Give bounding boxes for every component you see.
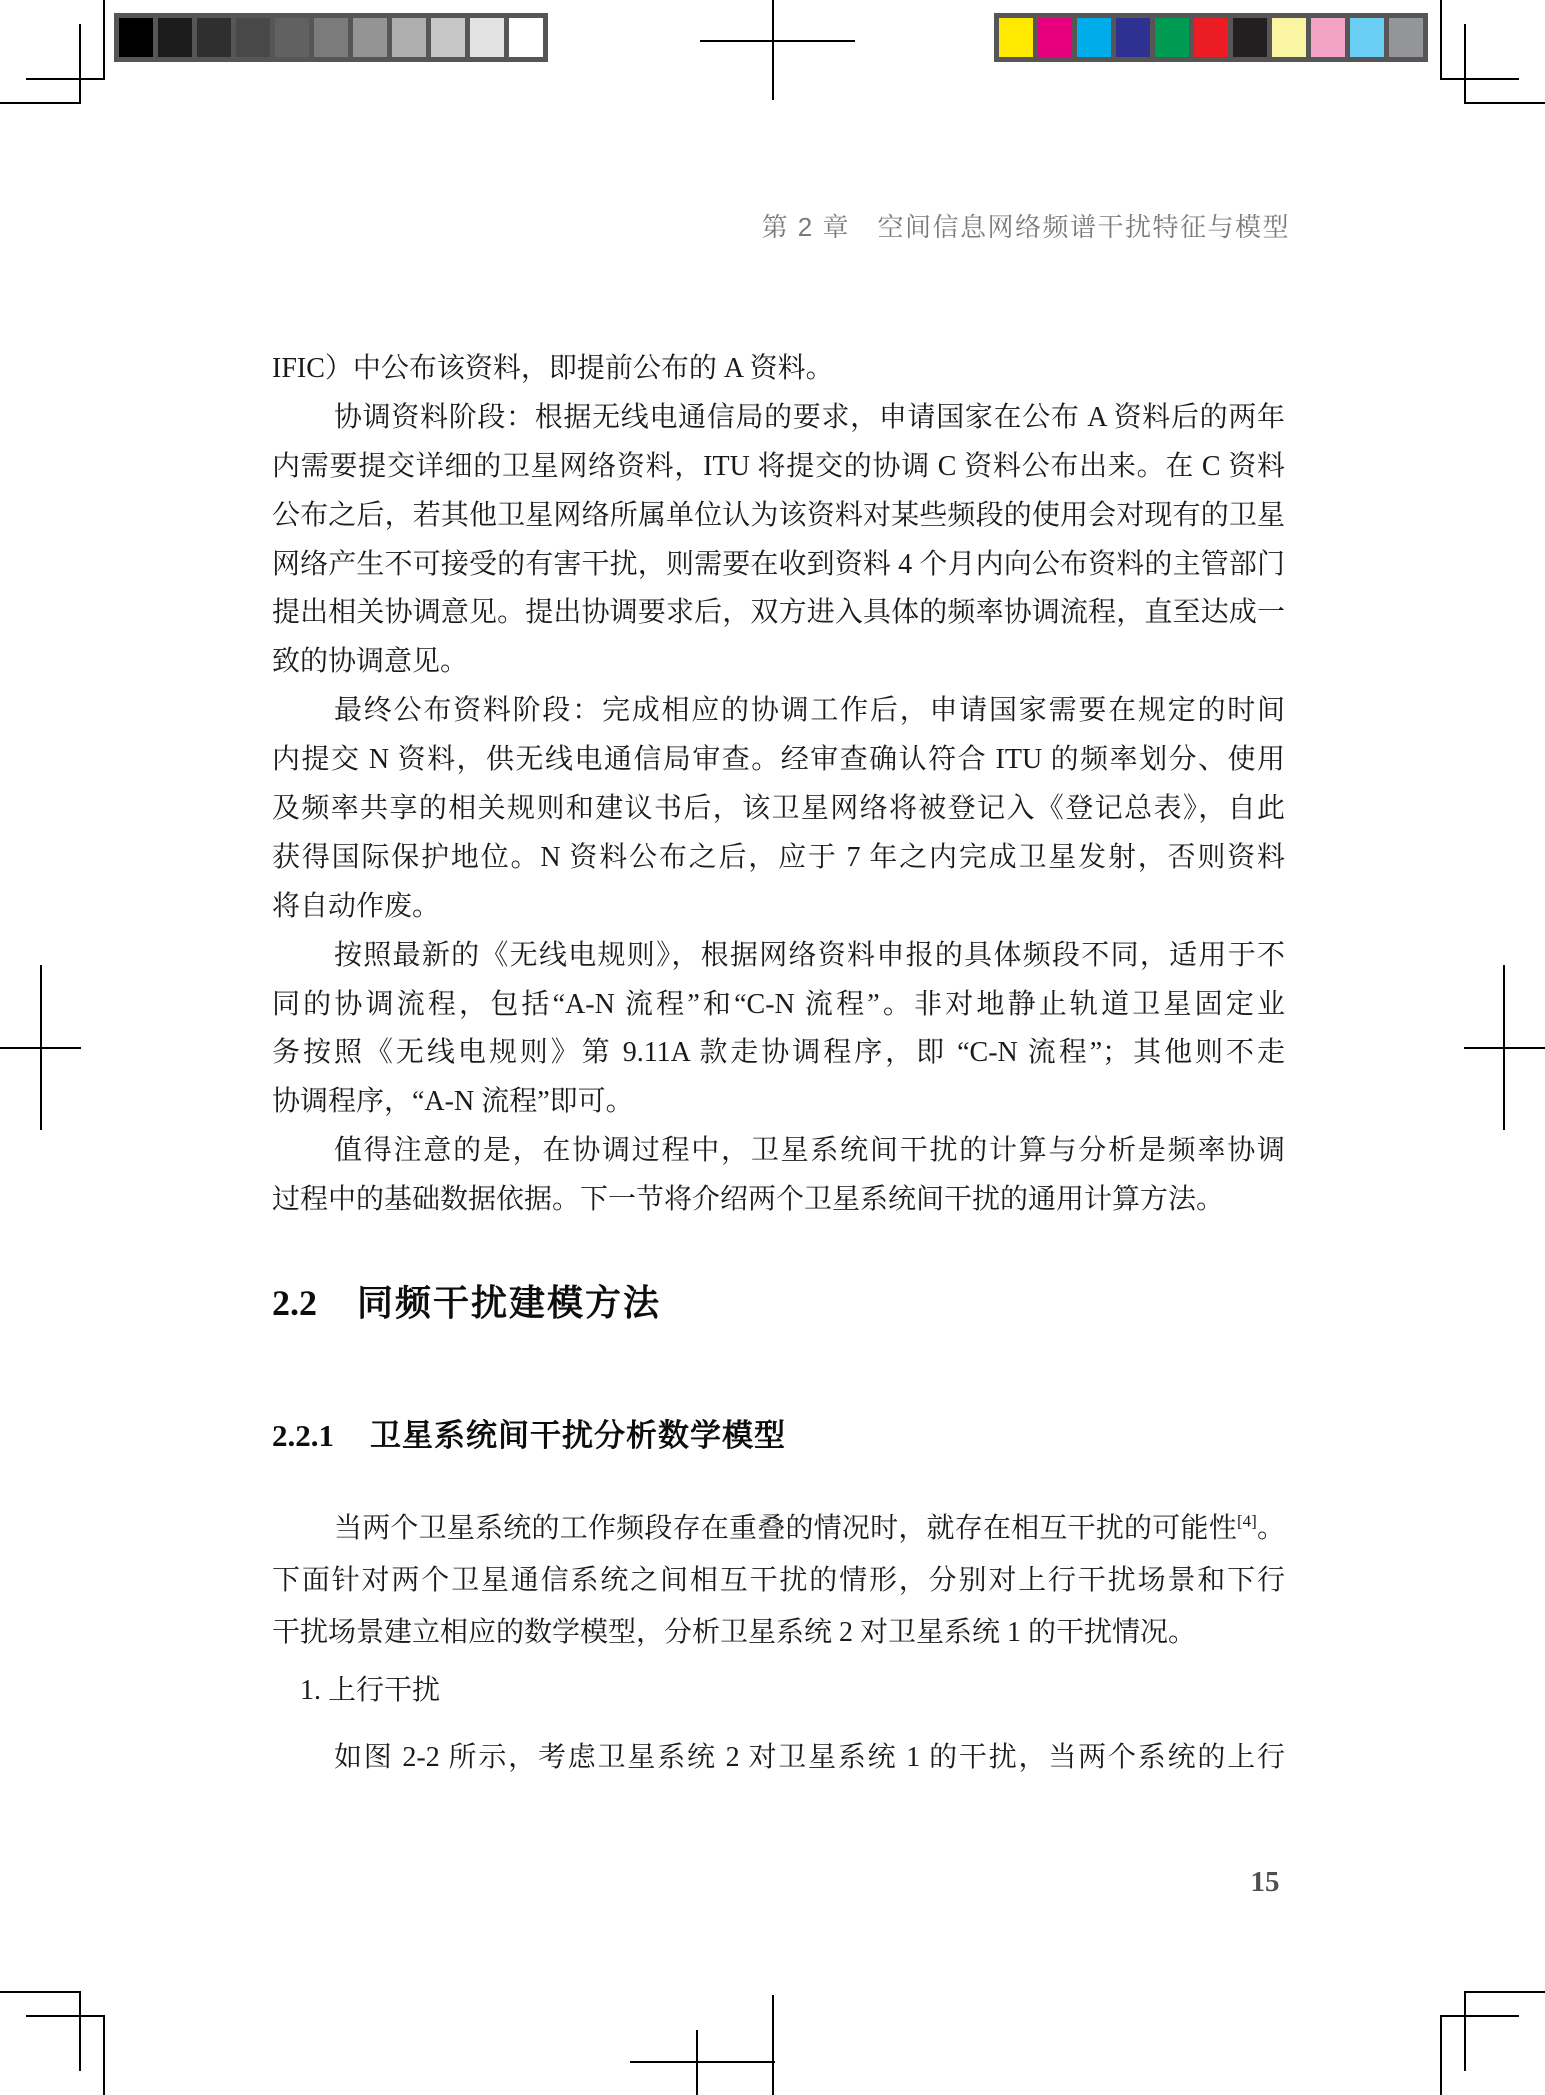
subsection-number: 2.2.1	[272, 1418, 334, 1453]
subsection-title: 卫星系统间干扰分析数学模型	[370, 1418, 786, 1453]
gray-swatch	[119, 18, 153, 57]
crop-mark-top-left-h2	[0, 102, 81, 104]
body-line: 协调资料阶段：根据无线电通信局的要求，申请国家在公布 A 资料后的两年	[272, 394, 1285, 443]
subsection-paragraph: 当两个卫星系统的工作频段存在重叠的情况时，就存在相互干扰的可能性[4]。 下面针…	[272, 1503, 1285, 1659]
page-number: 15	[1230, 1866, 1300, 1899]
crop-mark-top-right-h2	[1464, 102, 1545, 104]
crop-mark-bottom-left-h1	[26, 2015, 105, 2017]
body-line: 协调程序，“A-N 流程”即可。	[272, 1078, 1285, 1127]
color-swatch	[1272, 18, 1306, 57]
gray-swatch	[470, 18, 504, 57]
subsection-heading: 2.2.1卫星系统间干扰分析数学模型	[272, 1416, 1285, 1456]
body-line: 获得国际保护地位。N 资料公布之后，应于 7 年之内完成卫星发射，否则资料	[272, 834, 1285, 883]
body-line: 务按照《无线电规则》第 9.11A 款走协调程序，即 “C-N 流程”；其他则不…	[272, 1029, 1285, 1078]
body-text: IFIC）中公布该资料，即提前公布的 A 资料。 协调资料阶段：根据无线电通信局…	[272, 345, 1285, 1225]
crop-mark-bottom-right-v2	[1464, 1991, 1466, 2071]
book-page: 第 2 章 空间信息网络频谱干扰特征与模型 IFIC）中公布该资料，即提前公布的…	[0, 0, 1545, 2095]
color-swatch	[1233, 18, 1267, 57]
crop-mark-right-middle-h	[1464, 1047, 1545, 1049]
crop-mark-bottom-left-v1	[103, 2015, 105, 2095]
crop-mark-bottom-left-h2	[0, 1991, 81, 1993]
color-swatch	[1389, 18, 1423, 57]
gray-swatch	[158, 18, 192, 57]
crop-mark-bottom-right-h1	[1440, 2015, 1519, 2017]
crop-mark-bottom-right-v1	[1440, 2015, 1442, 2095]
body-line: 最终公布资料阶段：完成相应的协调工作后，申请国家需要在规定的时间	[272, 687, 1285, 736]
color-swatch	[1155, 18, 1189, 57]
crop-mark-top-right-h1	[1440, 78, 1519, 80]
body-line: 公布之后，若其他卫星网络所属单位认为该资料对某些频段的使用会对现有的卫星	[272, 492, 1285, 541]
color-swatch	[1311, 18, 1345, 57]
body-line: 过程中的基础数据依据。下一节将介绍两个卫星系统间干扰的通用计算方法。	[272, 1176, 1285, 1225]
body-line: 值得注意的是，在协调过程中，卫星系统间干扰的计算与分析是频率协调	[272, 1127, 1285, 1176]
crop-mark-top-right-v2	[1464, 24, 1466, 104]
color-swatch	[1350, 18, 1384, 57]
body-line: 提出相关协调意见。提出协调要求后，双方进入具体的频率协调流程，直至达成一	[272, 589, 1285, 638]
body-line: 致的协调意见。	[272, 638, 1285, 687]
list-item-uplink-interference: 1. 上行干扰	[300, 1670, 1285, 1712]
crop-mark-top-left-v1	[103, 0, 105, 80]
body-line: 内提交 N 资料，供无线电通信局审查。经审查确认符合 ITU 的频率划分、使用	[272, 736, 1285, 785]
gray-swatch	[392, 18, 426, 57]
running-header: 第 2 章 空间信息网络频谱干扰特征与模型	[272, 211, 1290, 243]
body-line: 按照最新的《无线电规则》，根据网络资料申报的具体频段不同，适用于不	[272, 932, 1285, 981]
color-swatch	[1194, 18, 1228, 57]
body-line: 将自动作废。	[272, 883, 1285, 932]
body-line-text: 。	[1257, 1513, 1285, 1544]
body-line: 下面针对两个卫星通信系统之间相互干扰的情形，分别对上行干扰场景和下行	[272, 1555, 1285, 1607]
gray-swatch	[314, 18, 348, 57]
section-heading: 2.2同频干扰建模方法	[272, 1281, 1285, 1325]
color-swatch	[1038, 18, 1072, 57]
color-calibration-bar	[994, 13, 1428, 62]
color-swatch	[1077, 18, 1111, 57]
section-title: 同频干扰建模方法	[357, 1283, 661, 1323]
crop-mark-top-left-v2	[79, 24, 81, 104]
crop-mark-top-center-h	[700, 40, 855, 42]
gray-swatch	[509, 18, 543, 57]
crop-mark-bottom-center-h	[630, 2061, 775, 2063]
body-line: 内需要提交详细的卫星网络资料，ITU 将提交的协调 C 资料公布出来。在 C 资…	[272, 443, 1285, 492]
crop-mark-top-center-v	[772, 0, 774, 100]
gray-swatch	[275, 18, 309, 57]
body-line: 如图 2-2 所示，考虑卫星系统 2 对卫星系统 1 的干扰，当两个系统的上行	[272, 1737, 1285, 1779]
crop-mark-top-right-v1	[1440, 0, 1442, 80]
color-swatch	[1116, 18, 1150, 57]
color-swatch	[999, 18, 1033, 57]
grayscale-calibration-bar	[114, 13, 548, 62]
body-line-text: 当两个卫星系统的工作频段存在重叠的情况时，就存在相互干扰的可能性	[334, 1513, 1237, 1544]
body-line: 干扰场景建立相应的数学模型，分析卫星系统 2 对卫星系统 1 的干扰情况。	[272, 1607, 1285, 1659]
body-line: 当两个卫星系统的工作频段存在重叠的情况时，就存在相互干扰的可能性[4]。	[272, 1503, 1285, 1555]
body-line: 同的协调流程，包括“A-N 流程”和“C-N 流程”。非对地静止轨道卫星固定业	[272, 981, 1285, 1030]
crop-mark-bottom-right-h2	[1464, 1991, 1545, 1993]
gray-swatch	[431, 18, 465, 57]
gray-swatch	[236, 18, 270, 57]
footnote-reference: [4]	[1237, 1512, 1257, 1531]
body-line: 网络产生不可接受的有害干扰，则需要在收到资料 4 个月内向公布资料的主管部门	[272, 541, 1285, 590]
gray-swatch	[197, 18, 231, 57]
crop-mark-left-middle-h	[0, 1047, 81, 1049]
crop-mark-bottom-center-v2	[772, 1995, 774, 2095]
gray-swatch	[353, 18, 387, 57]
body-line: IFIC）中公布该资料，即提前公布的 A 资料。	[272, 345, 1285, 394]
section-number: 2.2	[272, 1283, 317, 1323]
body-line: 及频率共享的相关规则和建议书后，该卫星网络将被登记入《登记总表》，自此	[272, 785, 1285, 834]
crop-mark-bottom-left-v2	[79, 1991, 81, 2071]
crop-mark-top-left-h1	[26, 78, 105, 80]
